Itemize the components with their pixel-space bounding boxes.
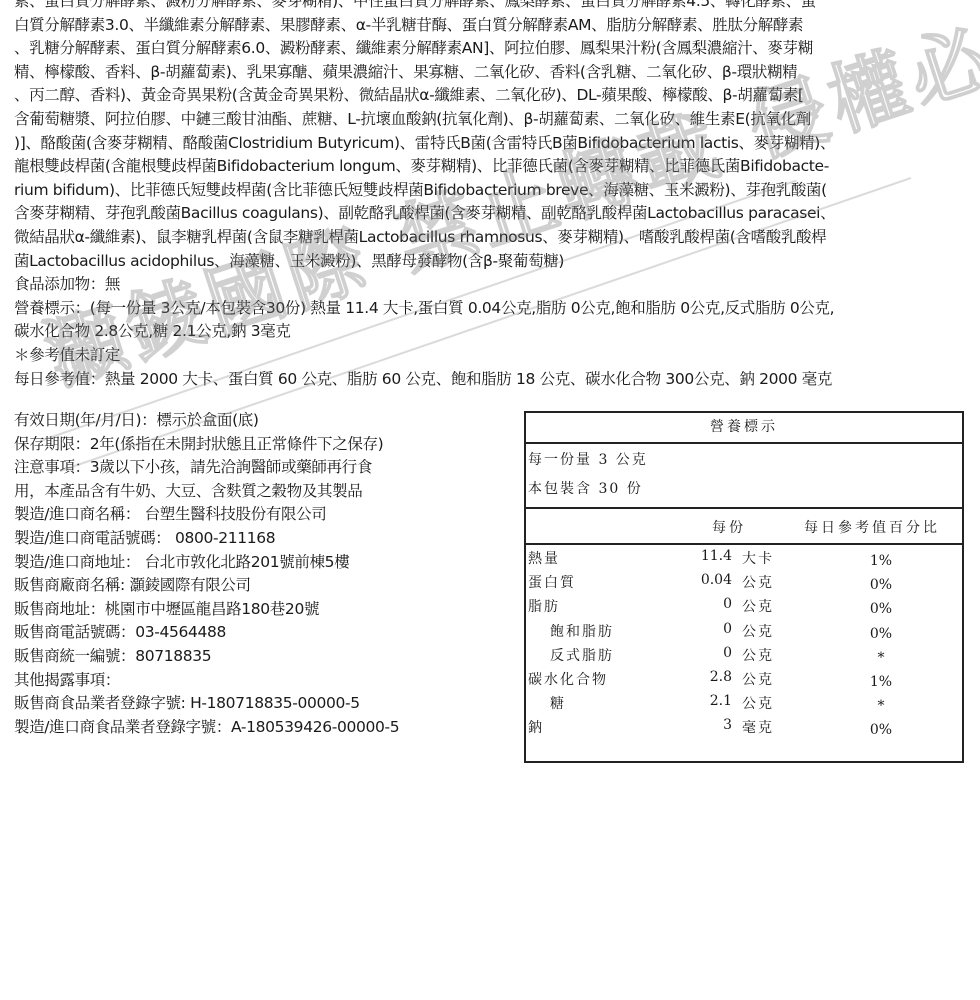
nutrient-amount: 0 [723, 645, 732, 661]
seller-tax-id: 販售商統一編號：80718835 [14, 645, 514, 669]
col-daily-pct: 每日參考值百分比 [804, 517, 940, 537]
nutrient-unit: 公克 [742, 645, 774, 665]
serving-info: 每一份量 3 公克 本包裝含 30 份 [526, 447, 962, 509]
nutrient-name: 熱量 [528, 548, 560, 568]
nutrient-name: 飽和脂肪 [550, 621, 614, 641]
nutrient-unit: 毫克 [742, 717, 774, 737]
ingredients-line: 含葡萄糖漿、阿拉伯膠、中鏈三酸甘油酯、蔗糖、L-抗壞血酸鈉(抗氧化劑)、β-胡蘿… [14, 108, 970, 132]
ingredients-line: 龍根雙歧桿菌(含龍根雙歧桿菌Bifidobacterium longum、麥芽糊… [14, 155, 970, 179]
nutrient-name: 蛋白質 [528, 572, 576, 592]
nutrient-unit: 公克 [742, 669, 774, 689]
nutrient-name: 碳水化合物 [528, 669, 608, 689]
nutrient-daily-pct: 0% [846, 626, 916, 642]
ingredients-line: rium bifidum)、比菲德氏短雙歧桿菌(含比菲德氏短雙歧桿菌Bifido… [14, 179, 970, 203]
other-disclosures: 其他揭露事項： [14, 669, 514, 693]
nutrition-row: 鈉3毫克0% [526, 716, 962, 740]
ingredients-line: 菌Lactobacillus acidophilus、海藻糖、玉米澱粉)、黑酵母… [14, 250, 970, 274]
col-per-serving: 每份 [712, 517, 746, 537]
manufacturer-name: 製造/進口商名稱： 台塑生醫科技股份有限公司 [14, 503, 514, 527]
product-info-block: 有效日期(年/月/日)：標示於盒面(底) 保存期限：2年(係指在未開封狀態且正常… [14, 409, 514, 739]
nutrition-row: 碳水化合物2.8公克1% [526, 668, 962, 692]
nutrient-amount: 2.1 [710, 693, 732, 709]
seller-registration-no: 販售商食品業者登錄字號: H-180718835-00000-5 [14, 692, 514, 716]
ingredients-line: 、丙二醇、香料)、黃金奇異果粉(含黃金奇異果粉、微結晶狀α-纖維素、二氧化矽)、… [14, 84, 970, 108]
nutrition-facts-table: 營養標示 每一份量 3 公克 本包裝含 30 份 每份 每日參考值百分比 熱量1… [524, 411, 964, 763]
seller-name: 販售商廠商名稱: 灝錂國際有限公司 [14, 574, 514, 598]
shelf-life: 保存期限：2年(係指在未開封狀態且正常條件下之保存) [14, 433, 514, 457]
seller-address: 販售商地址：桃園市中壢區龍昌路180巷20號 [14, 598, 514, 622]
daily-reference-values: 每日參考值：熱量 2000 大卡、蛋白質 60 公克、脂肪 60 公克、飽和脂肪… [14, 368, 970, 392]
nutrient-amount: 0.04 [701, 572, 732, 588]
nutrition-summary: 營養標示：(每一份量 3公克/本包裝含30份) 熱量 11.4 大卡,蛋白質 0… [14, 297, 970, 391]
ingredients-line: 素、蛋白質分解酵素、澱粉分解酵素、麥芽糊精)、中性蛋白質分解酵素、鳳梨酵素、蛋白… [14, 0, 970, 14]
nutrition-summary-line: 營養標示：(每一份量 3公克/本包裝含30份) 熱量 11.4 大卡,蛋白質 0… [14, 297, 970, 321]
reference-note: ＊參考值未訂定 [14, 344, 970, 368]
nutrient-name: 鈉 [528, 717, 544, 737]
nutrition-rows: 熱量11.4大卡1%蛋白質0.04公克0%脂肪0公克0%飽和脂肪0公克0%反式脂… [526, 545, 962, 741]
nutrition-row: 飽和脂肪0公克0% [526, 620, 962, 644]
nutrient-unit: 公克 [742, 596, 774, 616]
nutrition-row: 脂肪0公克0% [526, 595, 962, 619]
nutrient-amount: 0 [723, 621, 732, 637]
nutrient-unit: 大卡 [742, 548, 774, 568]
serving-size: 每一份量 3 公克 [528, 447, 962, 473]
nutrient-amount: 0 [723, 596, 732, 612]
nutrient-amount: 11.4 [701, 548, 732, 564]
precautions-cont: 用，本產品含有牛奶、大豆、含麩質之穀物及其製品 [14, 480, 514, 504]
expiry-date: 有效日期(年/月/日)：標示於盒面(底) [14, 409, 514, 433]
ingredients-block: 素、蛋白質分解酵素、澱粉分解酵素、麥芽糊精)、中性蛋白質分解酵素、鳳梨酵素、蛋白… [14, 0, 970, 273]
nutrient-name: 糖 [550, 693, 566, 713]
ingredients-line: )]、酪酸菌(含麥芽糊精、酪酸菌Clostridium Butyricum)、雷… [14, 132, 970, 156]
nutrient-name: 脂肪 [528, 596, 560, 616]
nutrient-unit: 公克 [742, 621, 774, 641]
nutrition-row: 反式脂肪0公克* [526, 644, 962, 668]
nutrient-unit: 公克 [742, 693, 774, 713]
seller-phone: 販售商電話號碼：03-4564488 [14, 621, 514, 645]
nutrient-daily-pct: * [846, 698, 916, 714]
nutrient-daily-pct: 1% [846, 674, 916, 690]
ingredients-line: 微結晶狀α-纖維素)、鼠李糖乳桿菌(含鼠李糖乳桿菌Lactobacillus r… [14, 226, 970, 250]
nutrient-daily-pct: * [846, 650, 916, 666]
manufacturer-registration-no: 製造/進口商食品業者登錄字號：A-180539426-00000-5 [14, 716, 514, 740]
nutrient-amount: 3 [723, 717, 732, 733]
ingredients-line: 、乳糖分解酵素、蛋白質分解酵素6.0、澱粉酵素、纖維素分解酵素AN]、阿拉伯膠、… [14, 37, 970, 61]
nutrition-row: 熱量11.4大卡1% [526, 547, 962, 571]
nutrition-row: 糖2.1公克* [526, 692, 962, 716]
manufacturer-address: 製造/進口商地址： 台北市敦化北路201號前棟5樓 [14, 551, 514, 575]
product-label-text: 素、蛋白質分解酵素、澱粉分解酵素、麥芽糊精)、中性蛋白質分解酵素、鳳梨酵素、蛋白… [14, 0, 970, 391]
nutrition-table-title: 營養標示 [526, 413, 962, 444]
nutrient-daily-pct: 0% [846, 601, 916, 617]
nutrition-table-header: 每份 每日參考值百分比 [526, 509, 962, 545]
nutrient-name: 反式脂肪 [550, 645, 614, 665]
ingredients-line: 精、檸檬酸、香料、β-胡蘿蔔素)、乳果寡醣、蘋果濃縮汁、果寡糖、二氧化矽、香料(… [14, 61, 970, 85]
nutrient-unit: 公克 [742, 572, 774, 592]
nutrition-row: 蛋白質0.04公克0% [526, 571, 962, 595]
nutrition-summary-line: 碳水化合物 2.8公克,糖 2.1公克,鈉 3毫克 [14, 320, 970, 344]
nutrient-amount: 2.8 [710, 669, 732, 685]
nutrient-daily-pct: 1% [846, 553, 916, 569]
ingredients-line: 白質分解酵素3.0、半纖維素分解酵素、果膠酵素、α-半乳糖苷酶、蛋白質分解酵素A… [14, 14, 970, 38]
manufacturer-phone: 製造/進口商電話號碼： 0800-211168 [14, 527, 514, 551]
nutrient-daily-pct: 0% [846, 577, 916, 593]
nutrient-daily-pct: 0% [846, 722, 916, 738]
servings-per-pack: 本包裝含 30 份 [528, 476, 962, 502]
